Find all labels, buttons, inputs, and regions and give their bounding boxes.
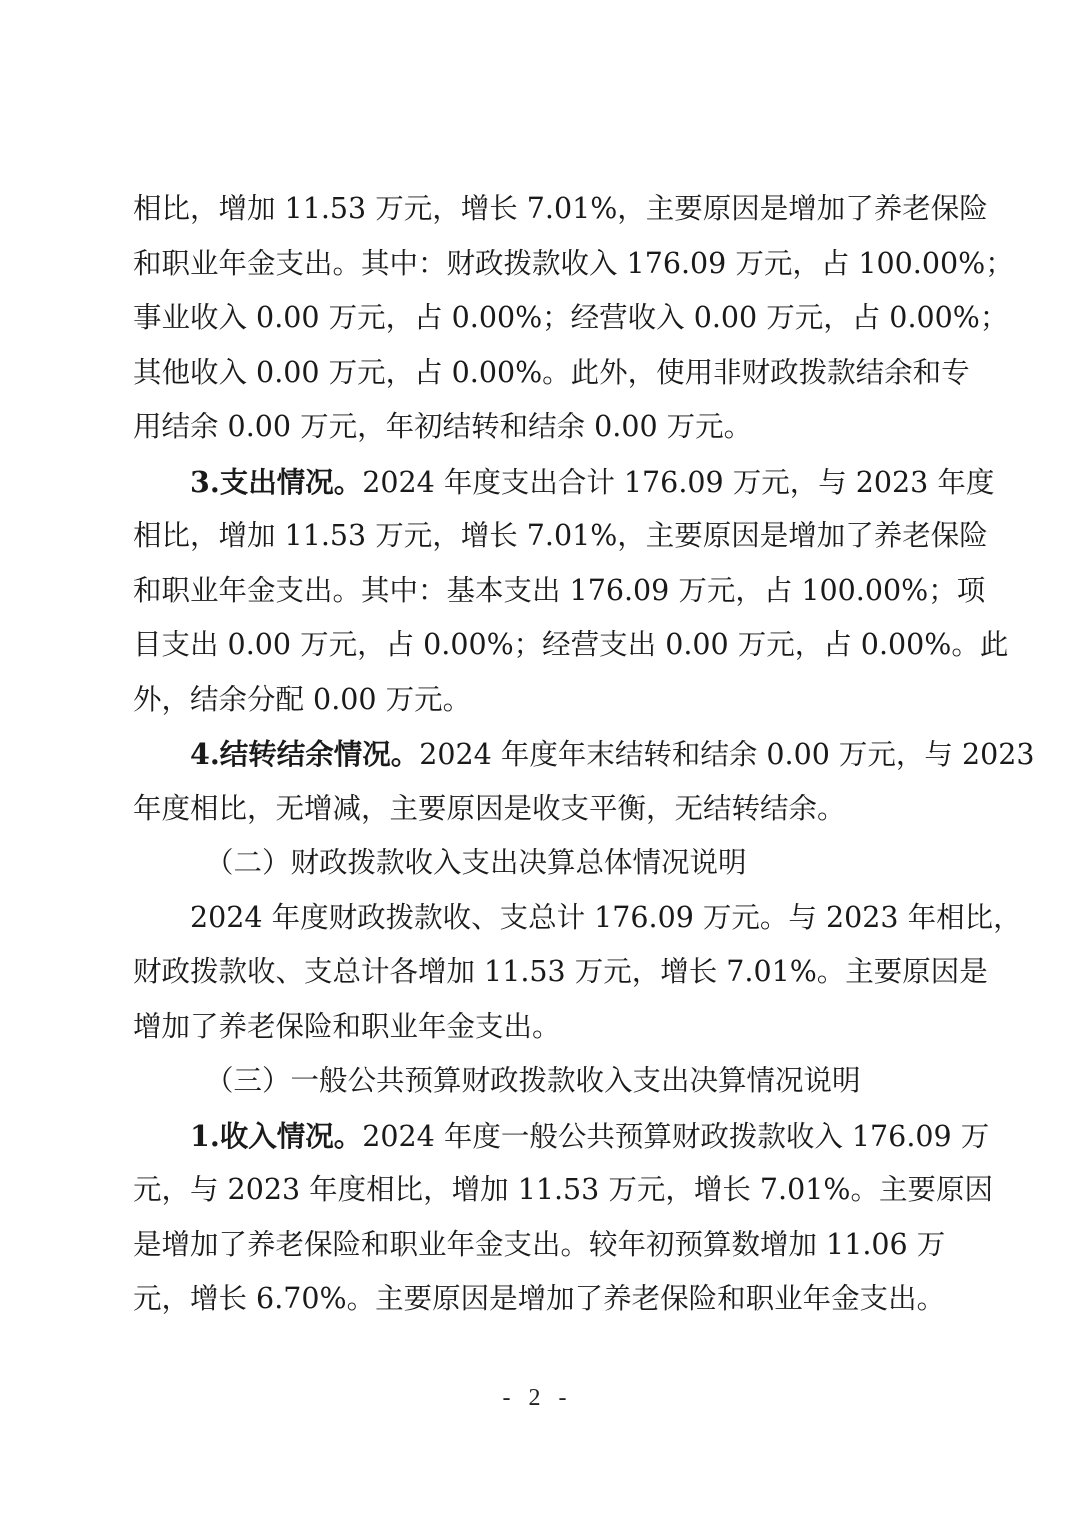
paragraph-expenditure: 3.支出情况。2024 年度支出合计 176.09 万元，与 2023 年度 相… <box>133 455 943 728</box>
section-general-budget: （三）一般公共预算财政拨款收入支出决算情况说明 1.收入情况。2024 年度一般… <box>133 1054 943 1327</box>
text-line: 和职业年金支出。其中：财政拨款收入 176.09 万元，占 100.00%； <box>133 237 943 292</box>
section-heading: （三）一般公共预算财政拨款收入支出决算情况说明 <box>133 1054 943 1109</box>
text-line: 元，与 2023 年度相比，增加 11.53 万元，增长 7.01%。主要原因 <box>133 1163 943 1218</box>
page-number: - 2 - <box>0 1385 1075 1412</box>
text-line: 其他收入 0.00 万元，占 0.00%。此外，使用非财政拨款结余和专 <box>133 346 943 401</box>
text-span: 2024 年度支出合计 176.09 万元，与 2023 年度 <box>362 466 994 499</box>
section-fiscal-overall: （二）财政拨款收入支出决算总体情况说明 2024 年度财政拨款收、支总计 176… <box>133 836 943 1054</box>
paragraph-carryover: 4.结转结余情况。2024 年度年末结转和结余 0.00 万元，与 2023 年… <box>133 727 943 836</box>
text-line: 4.结转结余情况。2024 年度年末结转和结余 0.00 万元，与 2023 <box>133 727 943 782</box>
text-line: 相比，增加 11.53 万元，增长 7.01%，主要原因是增加了养老保险 <box>133 182 943 237</box>
text-line: 年度相比，无增减，主要原因是收支平衡，无结转结余。 <box>133 782 943 837</box>
text-line: 增加了养老保险和职业年金支出。 <box>133 1000 943 1055</box>
text-span: 2024 年度年末结转和结余 0.00 万元，与 2023 <box>419 738 1034 771</box>
paragraph-lead: 3.支出情况。 <box>190 465 362 499</box>
text-line: 3.支出情况。2024 年度支出合计 176.09 万元，与 2023 年度 <box>133 455 943 510</box>
text-line: 是增加了养老保险和职业年金支出。较年初预算数增加 11.06 万 <box>133 1218 943 1273</box>
section-heading: （二）财政拨款收入支出决算总体情况说明 <box>133 836 943 891</box>
paragraph-income-continued: 相比，增加 11.53 万元，增长 7.01%，主要原因是增加了养老保险 和职业… <box>133 182 943 455</box>
text-line: 元，增长 6.70%。主要原因是增加了养老保险和职业年金支出。 <box>133 1272 943 1327</box>
text-line: 目支出 0.00 万元，占 0.00%；经营支出 0.00 万元，占 0.00%… <box>133 618 943 673</box>
paragraph-lead: 1.收入情况。 <box>190 1119 362 1153</box>
text-line: 相比，增加 11.53 万元，增长 7.01%，主要原因是增加了养老保险 <box>133 509 943 564</box>
text-line: 外，结余分配 0.00 万元。 <box>133 673 943 728</box>
text-line: 用结余 0.00 万元，年初结转和结余 0.00 万元。 <box>133 400 943 455</box>
text-span: 2024 年度一般公共预算财政拨款收入 176.09 万 <box>362 1120 989 1153</box>
text-line: 财政拨款收、支总计各增加 11.53 万元，增长 7.01%。主要原因是 <box>133 945 943 1000</box>
document-page: 相比，增加 11.53 万元，增长 7.01%，主要原因是增加了养老保险 和职业… <box>133 182 943 1327</box>
text-line: 2024 年度财政拨款收、支总计 176.09 万元。与 2023 年相比， <box>133 891 943 946</box>
text-line: 1.收入情况。2024 年度一般公共预算财政拨款收入 176.09 万 <box>133 1109 943 1164</box>
text-line: 事业收入 0.00 万元，占 0.00%；经营收入 0.00 万元，占 0.00… <box>133 291 943 346</box>
paragraph-lead: 4.结转结余情况。 <box>190 737 419 771</box>
text-line: 和职业年金支出。其中：基本支出 176.09 万元，占 100.00%；项 <box>133 564 943 619</box>
